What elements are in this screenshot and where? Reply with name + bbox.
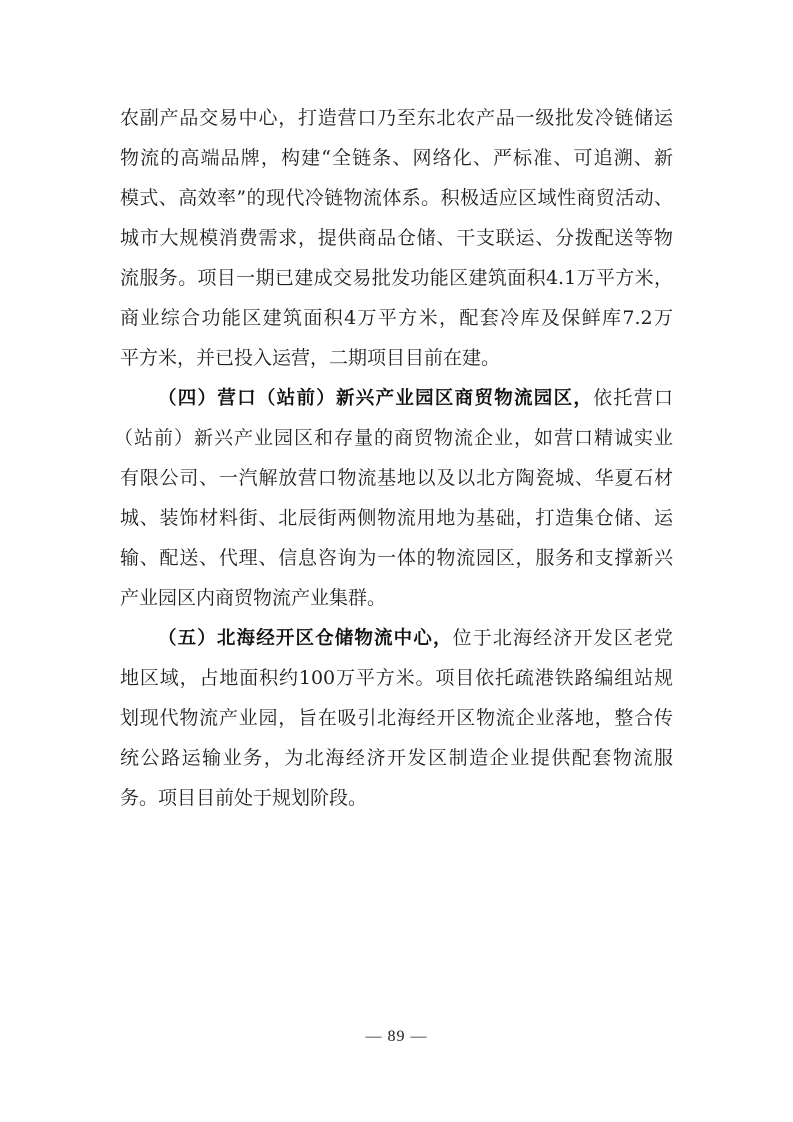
document-page: 农副产品交易中心，打造营口乃至东北农产品一级批发冷链储运 物流的高端品牌，构建“… bbox=[0, 0, 793, 1122]
text-line: 平方米，并已投入运营，二期项目目前在建。 bbox=[120, 338, 673, 378]
text-line: 流服务。项目一期已建成交易批发功能区建筑面积4.1万平方米， bbox=[120, 258, 673, 298]
section-heading-four: （四）营口（站前）新兴产业园区商贸物流园区， bbox=[158, 388, 593, 409]
text-line: 模式、高效率”的现代冷链物流体系。积极适应区域性商贸活动、 bbox=[120, 178, 673, 218]
text-line: 有限公司、一汽解放营口物流基地以及以北方陶瓷城、华夏石材 bbox=[120, 458, 673, 498]
text-line: 地区域，占地面积约100万平方米。项目依托疏港铁路编组站规 bbox=[120, 658, 673, 698]
text-line: 物流的高端品牌，构建“全链条、网络化、严标准、可追溯、新 bbox=[120, 138, 673, 178]
section-four-lead-text: 依托营口 bbox=[593, 387, 673, 409]
section-five-first-line: （五）北海经开区仓储物流中心，位于北海经济开发区老党 bbox=[120, 618, 673, 658]
text-line: （站前）新兴产业园区和存量的商贸物流企业，如营口精诚实业 bbox=[114, 418, 673, 458]
text-line: 产业园区内商贸物流产业集群。 bbox=[120, 578, 673, 618]
text-line: 城、装饰材料街、北辰街两侧物流用地为基础，打造集仓储、运 bbox=[120, 498, 673, 538]
text-line: 农副产品交易中心，打造营口乃至东北农产品一级批发冷链储运 bbox=[120, 98, 673, 138]
text-line: 务。项目目前处于规划阶段。 bbox=[120, 778, 673, 818]
text-line: 城市大规模消费需求，提供商品仓储、干支联运、分拨配送等物 bbox=[120, 218, 673, 258]
text-line: 商业综合功能区建筑面积4万平方米，配套冷库及保鲜库7.2万 bbox=[120, 298, 673, 338]
body-text: 农副产品交易中心，打造营口乃至东北农产品一级批发冷链储运 物流的高端品牌，构建“… bbox=[120, 98, 673, 818]
section-five-lead-text: 位于北海经济开发区老党 bbox=[453, 627, 673, 649]
text-line: 划现代物流产业园，旨在吸引北海经开区物流企业落地，整合传 bbox=[120, 698, 673, 738]
page-number: — 89 — bbox=[0, 1028, 793, 1046]
text-line: 统公路运输业务，为北海经济开发区制造企业提供配套物流服 bbox=[120, 738, 673, 778]
section-four-first-line: （四）营口（站前）新兴产业园区商贸物流园区，依托营口 bbox=[120, 378, 673, 418]
text-line: 输、配送、代理、信息咨询为一体的物流园区，服务和支撑新兴 bbox=[120, 538, 673, 578]
section-heading-five: （五）北海经开区仓储物流中心， bbox=[158, 628, 453, 649]
